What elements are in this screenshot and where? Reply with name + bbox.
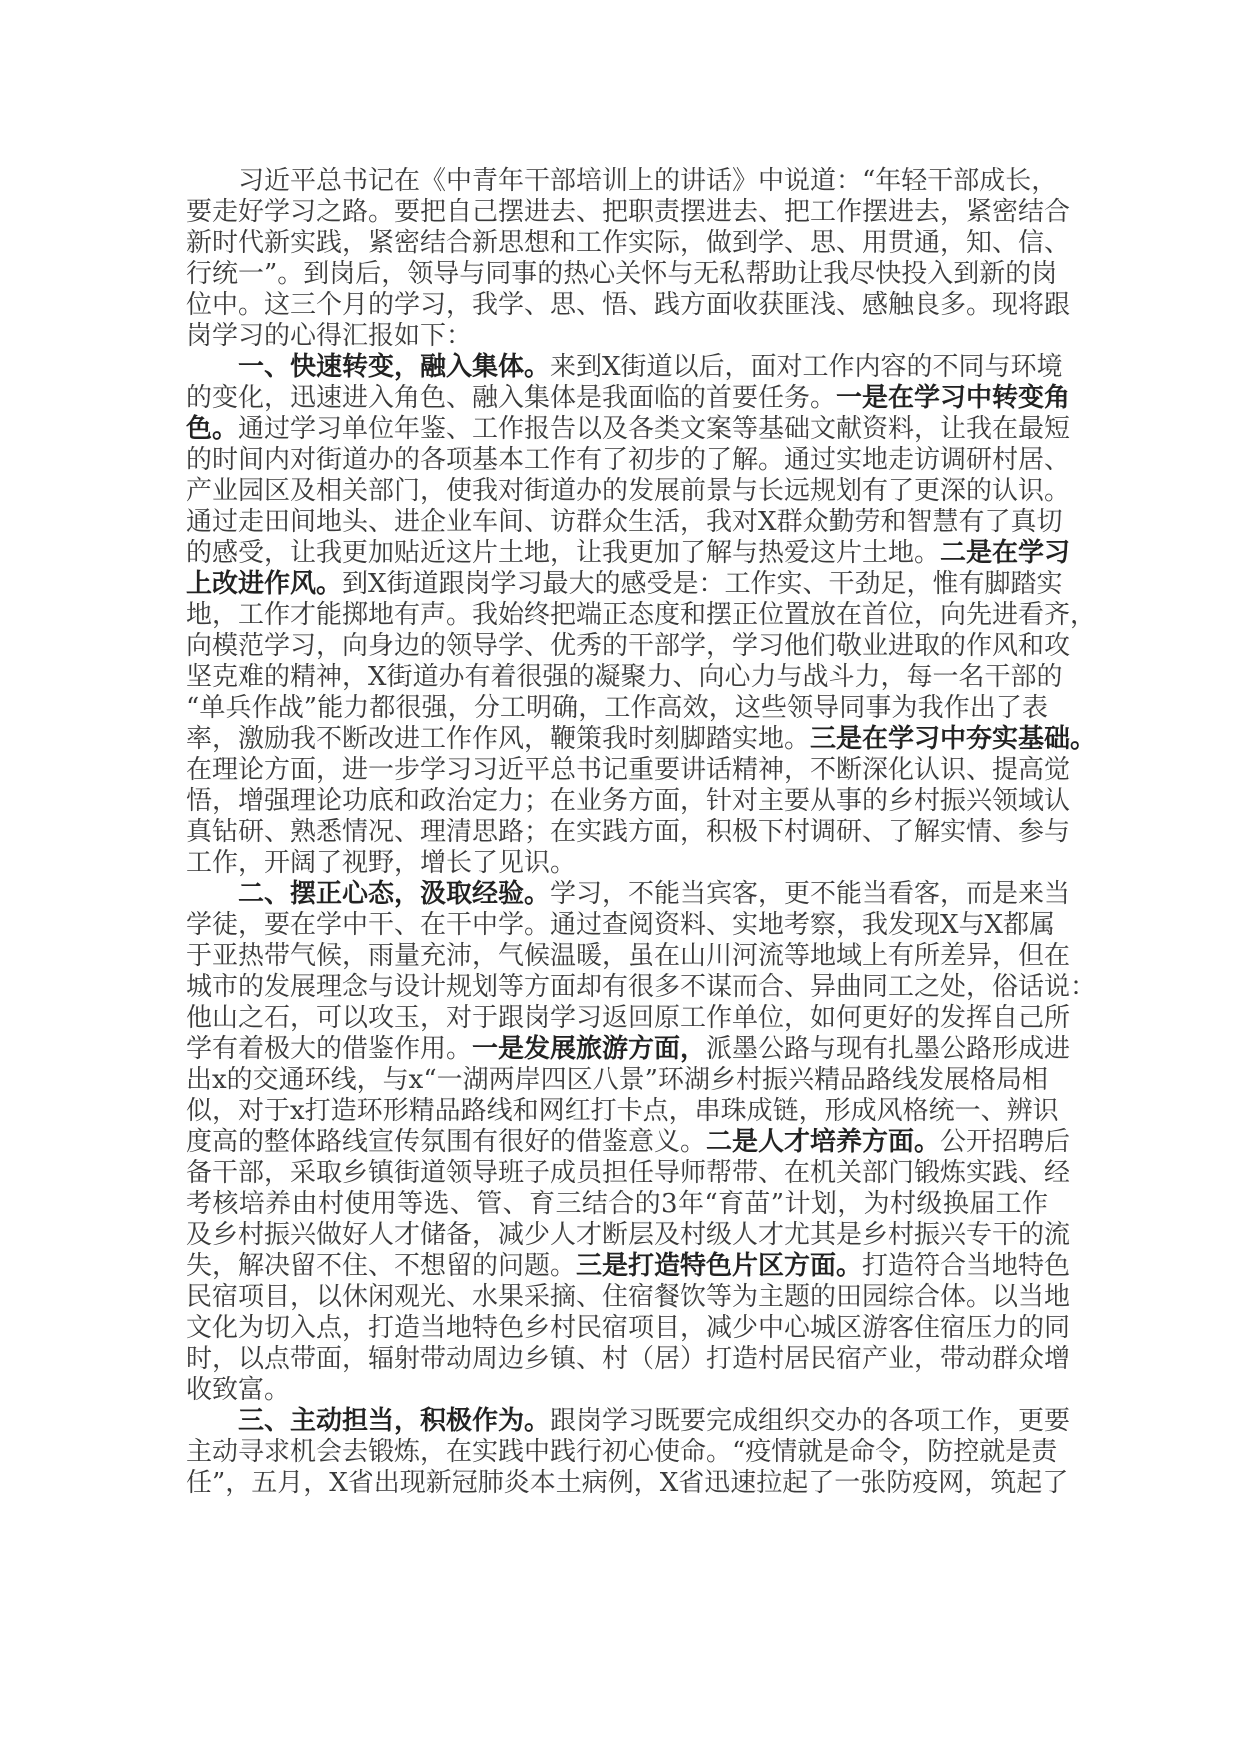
body-text: 备干部，采取乡镇街道领导班子成员担任导师帮带、在机关部门锻炼实践、经 [186,1158,1070,1188]
body-text: 民宿项目，以休闲观光、水果采摘、住宿餐饮等为主题的田园综合体。以当地 [186,1282,1070,1312]
text-line: 岗学习的心得汇报如下： [186,321,1048,352]
text-line: 似，对于x打造环形精品路线和网红打卡点，串珠成链，形成风格统一、辨识 [186,1096,1048,1127]
text-line: 民宿项目，以休闲观光、水果采摘、住宿餐饮等为主题的田园综合体。以当地 [186,1282,1048,1313]
body-text: 城市的发展理念与设计规划等方面却有很多不谋而合、异曲同工之处，俗话说： [186,972,1096,1002]
body-text: 度高的整体路线宣传氛围有很好的借鉴意义。 [186,1127,706,1157]
text-line: 真钻研、熟悉情况、理清思路；在实践方面，积极下村调研、了解实情、参与 [186,817,1048,848]
text-line: 二、摆正心态，汲取经验。学习，不能当宾客，更不能当看客，而是来当 [186,879,1048,910]
text-line: 悟，增强理论功底和政治定力；在业务方面，针对主要从事的乡村振兴领域认 [186,786,1048,817]
bold-heading-text: 上改进作风。 [186,569,342,599]
body-text: 产业园区及相关部门，使我对街道办的发展前景与长远规划有了更深的认识。 [186,476,1070,506]
text-line: 坚克难的精神，X街道办有着很强的凝聚力、向心力与战斗力，每一名干部的 [186,662,1048,693]
text-line: 新时代新实践，紧密结合新思想和工作实际，做到学、思、用贯通，知、信、 [186,228,1048,259]
body-text: 于亚热带气候，雨量充沛，气候温暖，虽在山川河流等地域上有所差异，但在 [186,941,1070,971]
text-line: “单兵作战”能力都很强，分工明确，工作高效，这些领导同事为我作出了表 [186,693,1048,724]
bold-heading-text: 色。 [186,414,238,444]
text-line: 备干部，采取乡镇街道领导班子成员担任导师帮带、在机关部门锻炼实践、经 [186,1158,1048,1189]
body-text: 通过走田间地头、进企业车间、访群众生活，我对X群众勤劳和智慧有了真切 [186,507,1063,537]
bold-heading-text: 三、主动担当，积极作为。 [238,1406,550,1436]
text-line: 他山之石，可以攻玉，对于跟岗学习返回原工作单位，如何更好的发挥自己所 [186,1003,1048,1034]
body-text: 通过学习单位年鉴、工作报告以及各类文案等基础文献资料，让我在最短 [238,414,1070,444]
text-line: 时，以点带面，辐射带动周边乡镇、村（居）打造村居民宿产业，带动群众增 [186,1344,1048,1375]
body-text: 及乡村振兴做好人才储备，减少人才断层及村级人才尤其是乡村振兴专干的流 [186,1220,1070,1250]
body-text: 任”，五月，X省出现新冠肺炎本土病例，X省迅速拉起了一张防疫网，筑起了 [186,1468,1068,1498]
text-line: 位中。这三个月的学习，我学、思、悟、践方面收获匪浅、感触良多。现将跟 [186,290,1048,321]
text-line: 三、主动担当，积极作为。跟岗学习既要完成组织交办的各项工作，更要 [186,1406,1048,1437]
body-text: 坚克难的精神，X街道办有着很强的凝聚力、向心力与战斗力，每一名干部的 [186,662,1063,692]
text-line: 产业园区及相关部门，使我对街道办的发展前景与长远规划有了更深的认识。 [186,476,1048,507]
paragraph-section-3: 三、主动担当，积极作为。跟岗学习既要完成组织交办的各项工作，更要主动寻求机会去锻… [186,1406,1048,1499]
body-text: 新时代新实践，紧密结合新思想和工作实际，做到学、思、用贯通，知、信、 [186,228,1070,258]
paragraph-section-2: 二、摆正心态，汲取经验。学习，不能当宾客，更不能当看客，而是来当学徒，要在学中干… [186,879,1048,1406]
body-text: 考核培养由村使用等选、管、育三结合的3年“育苗”计划，为村级换届工作 [186,1189,1048,1219]
text-line: 文化为切入点，打造当地特色乡村民宿项目，减少中心城区游客住宿压力的同 [186,1313,1048,1344]
text-line: 失，解决留不住、不想留的问题。三是打造特色片区方面。打造符合当地特色 [186,1251,1048,1282]
text-line: 地，工作才能掷地有声。我始终把端正态度和摆正位置放在首位，向先进看齐， [186,600,1048,631]
text-line: 学有着极大的借鉴作用。一是发展旅游方面，派墨公路与现有扎墨公路形成进 [186,1034,1048,1065]
text-line: 任”，五月，X省出现新冠肺炎本土病例，X省迅速拉起了一张防疫网，筑起了 [186,1468,1048,1499]
bold-heading-text: 一是在学习中转变角 [836,383,1070,413]
bold-heading-text: 三是在学习中夯实基础。 [810,724,1096,754]
body-text: 工作，开阔了视野，增长了见识。 [186,848,576,878]
bold-heading-text: 三是打造特色片区方面。 [576,1251,862,1281]
bold-heading-text: 二、摆正心态，汲取经验。 [238,879,550,909]
text-line: 行统一”。到岗后，领导与同事的热心关怀与无私帮助让我尽快投入到新的岗 [186,259,1048,290]
paragraph-section-1: 一、快速转变，融入集体。来到X街道以后，面对工作内容的不同与环境的变化，迅速进入… [186,352,1048,879]
body-text: 位中。这三个月的学习，我学、思、悟、践方面收获匪浅、感触良多。现将跟 [186,290,1070,320]
text-line: 色。通过学习单位年鉴、工作报告以及各类文案等基础文献资料，让我在最短 [186,414,1048,445]
text-line: 的时间内对街道办的各项基本工作有了初步的了解。通过实地走访调研村居、 [186,445,1048,476]
text-line: 主动寻求机会去锻炼，在实践中践行初心使命。“疫情就是命令，防控就是责 [186,1437,1048,1468]
body-text: 要走好学习之路。要把自己摆进去、把职责摆进去、把工作摆进去，紧密结合 [186,197,1070,227]
body-text: 岗学习的心得汇报如下： [186,321,472,351]
text-line: 的变化，迅速进入角色、融入集体是我面临的首要任务。一是在学习中转变角 [186,383,1048,414]
body-text: 文化为切入点，打造当地特色乡村民宿项目，减少中心城区游客住宿压力的同 [186,1313,1070,1343]
body-text: “单兵作战”能力都很强，分工明确，工作高效，这些领导同事为我作出了表 [186,693,1048,723]
body-text: 行统一”。到岗后，领导与同事的热心关怀与无私帮助让我尽快投入到新的岗 [186,259,1057,289]
document-page: 习近平总书记在《中青年干部培训上的讲话》中说道：“年轻干部成长，要走好学习之路。… [186,166,1048,1499]
body-text: 的感受，让我更加贴近这片土地，让我更加了解与热爱这片土地。 [186,538,940,568]
paragraph-intro: 习近平总书记在《中青年干部培训上的讲话》中说道：“年轻干部成长，要走好学习之路。… [186,166,1048,352]
body-text: 时，以点带面，辐射带动周边乡镇、村（居）打造村居民宿产业，带动群众增 [186,1344,1070,1374]
text-line: 学徒，要在学中干、在干中学。通过查阅资料、实地考察，我发现X与X都属 [186,910,1048,941]
body-text: 到X街道跟岗学习最大的感受是：工作实、干劲足，惟有脚踏实 [342,569,1063,599]
text-line: 一、快速转变，融入集体。来到X街道以后，面对工作内容的不同与环境 [186,352,1048,383]
body-text: 学徒，要在学中干、在干中学。通过查阅资料、实地考察，我发现X与X都属 [186,910,1055,940]
text-line: 通过走田间地头、进企业车间、访群众生活，我对X群众勤劳和智慧有了真切 [186,507,1048,538]
text-line: 及乡村振兴做好人才储备，减少人才断层及村级人才尤其是乡村振兴专干的流 [186,1220,1048,1251]
body-text: 派墨公路与现有扎墨公路形成进 [706,1034,1070,1064]
body-text: 习近平总书记在《中青年干部培训上的讲话》中说道：“年轻干部成长， [238,166,1057,196]
text-line: 要走好学习之路。要把自己摆进去、把职责摆进去、把工作摆进去，紧密结合 [186,197,1048,228]
body-text: 真钻研、熟悉情况、理清思路；在实践方面，积极下村调研、了解实情、参与 [186,817,1070,847]
text-line: 工作，开阔了视野，增长了见识。 [186,848,1048,879]
body-text: 似，对于x打造环形精品路线和网红打卡点，串珠成链，形成风格统一、辨识 [186,1096,1059,1126]
body-text: 来到X街道以后，面对工作内容的不同与环境 [550,352,1063,382]
bold-heading-text: 二是在学习 [940,538,1070,568]
bold-heading-text: 二是人才培养方面。 [706,1127,940,1157]
body-text: 跟岗学习既要完成组织交办的各项工作，更要 [550,1406,1070,1436]
bold-heading-text: 一是发展旅游方面， [472,1034,706,1064]
body-text: 向模范学习，向身边的领导学、优秀的干部学，学习他们敬业进取的作风和攻 [186,631,1070,661]
body-text: 他山之石，可以攻玉，对于跟岗学习返回原工作单位，如何更好的发挥自己所 [186,1003,1070,1033]
body-text: 悟，增强理论功底和政治定力；在业务方面，针对主要从事的乡村振兴领域认 [186,786,1070,816]
body-text: 主动寻求机会去锻炼，在实践中践行初心使命。“疫情就是命令，防控就是责 [186,1437,1057,1467]
body-text: 率，激励我不断改进工作作风，鞭策我时刻脚踏实地。 [186,724,810,754]
body-text: 出x的交通环线，与x“一湖两岸四区八景”环湖乡村振兴精品路线发展格局相 [186,1065,1048,1095]
body-text: 的变化，迅速进入角色、融入集体是我面临的首要任务。 [186,383,836,413]
text-line: 城市的发展理念与设计规划等方面却有很多不谋而合、异曲同工之处，俗话说： [186,972,1048,1003]
body-text: 收致富。 [186,1375,290,1405]
text-line: 考核培养由村使用等选、管、育三结合的3年“育苗”计划，为村级换届工作 [186,1189,1048,1220]
text-line: 出x的交通环线，与x“一湖两岸四区八景”环湖乡村振兴精品路线发展格局相 [186,1065,1048,1096]
body-text: 失，解决留不住、不想留的问题。 [186,1251,576,1281]
body-text: 学习，不能当宾客，更不能当看客，而是来当 [550,879,1070,909]
body-text: 在理论方面，进一步学习习近平总书记重要讲话精神，不断深化认识、提高觉 [186,755,1070,785]
text-line: 度高的整体路线宣传氛围有很好的借鉴意义。二是人才培养方面。公开招聘后 [186,1127,1048,1158]
body-text: 地，工作才能掷地有声。我始终把端正态度和摆正位置放在首位，向先进看齐， [186,600,1096,630]
body-text: 公开招聘后 [940,1127,1070,1157]
text-line: 的感受，让我更加贴近这片土地，让我更加了解与热爱这片土地。二是在学习 [186,538,1048,569]
bold-heading-text: 一、快速转变，融入集体。 [238,352,550,382]
text-line: 习近平总书记在《中青年干部培训上的讲话》中说道：“年轻干部成长， [186,166,1048,197]
text-line: 收致富。 [186,1375,1048,1406]
text-line: 上改进作风。到X街道跟岗学习最大的感受是：工作实、干劲足，惟有脚踏实 [186,569,1048,600]
text-line: 向模范学习，向身边的领导学、优秀的干部学，学习他们敬业进取的作风和攻 [186,631,1048,662]
text-line: 于亚热带气候，雨量充沛，气候温暖，虽在山川河流等地域上有所差异，但在 [186,941,1048,972]
body-text: 学有着极大的借鉴作用。 [186,1034,472,1064]
body-text: 打造符合当地特色 [862,1251,1070,1281]
body-text: 的时间内对街道办的各项基本工作有了初步的了解。通过实地走访调研村居、 [186,445,1070,475]
text-line: 率，激励我不断改进工作作风，鞭策我时刻脚踏实地。三是在学习中夯实基础。 [186,724,1048,755]
text-line: 在理论方面，进一步学习习近平总书记重要讲话精神，不断深化认识、提高觉 [186,755,1048,786]
